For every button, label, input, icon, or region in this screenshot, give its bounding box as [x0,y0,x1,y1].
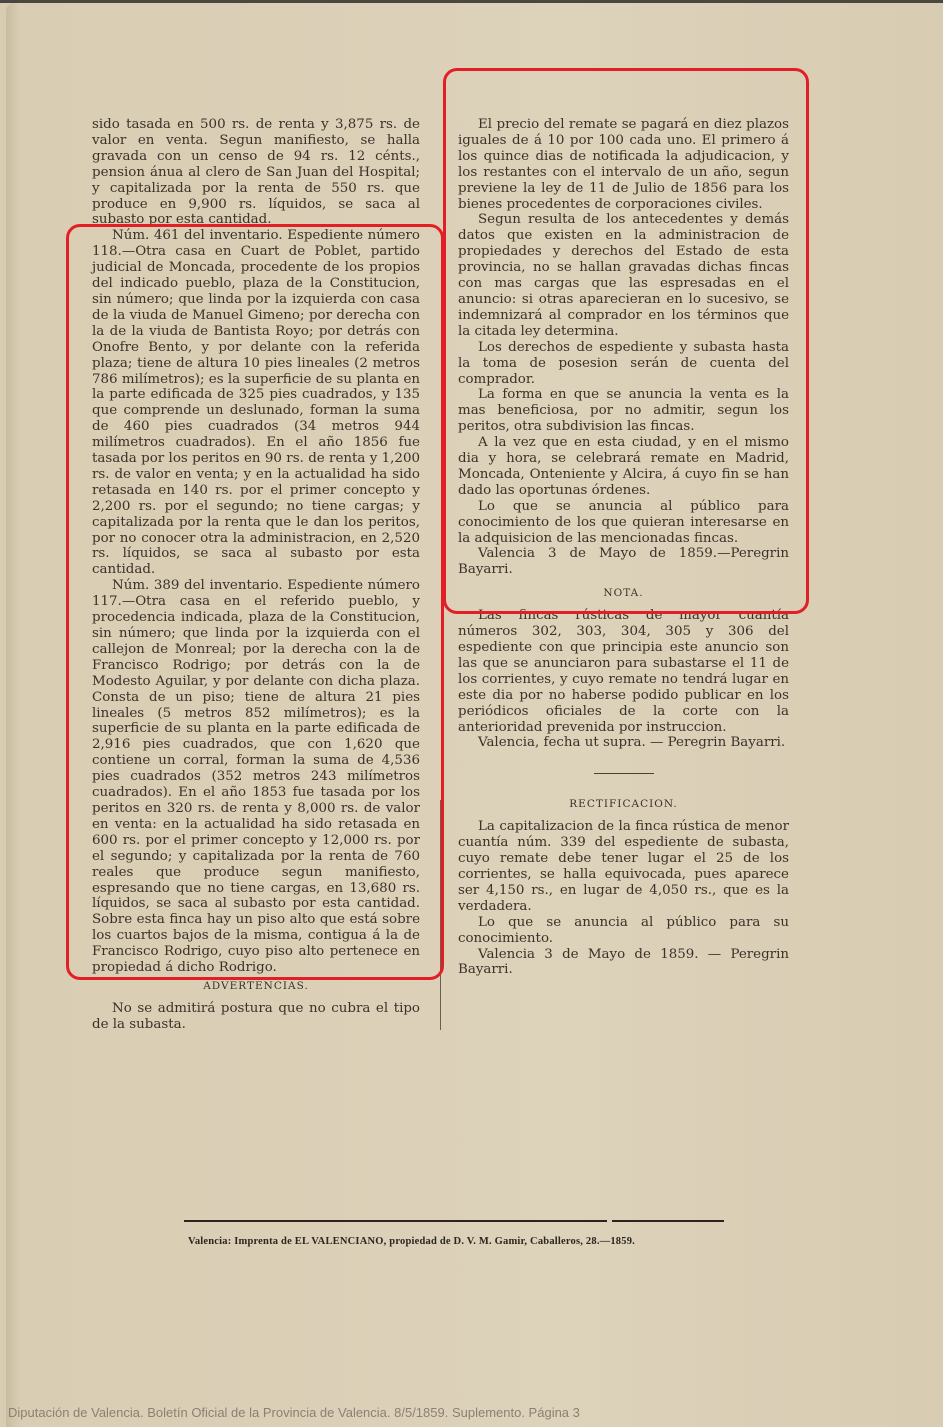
printer-imprint: Valencia: Imprenta de EL VALENCIANO, pro… [188,1236,635,1247]
advertencias-heading: ADVERTENCIAS. [92,979,420,995]
simultaneous-auction-paragraph: A la vez que en esta ciudad, y en el mis… [458,435,789,499]
nota-heading: NOTA. [458,586,789,602]
continuation-paragraph: sido tasada en 500 rs. de renta y 3,875 … [92,117,420,228]
footer-rule-long [184,1220,607,1222]
rectificacion-text: La capitalizacion de la finca rústica de… [458,819,789,914]
archive-caption: Diputación de Valencia. Boletín Oficial … [8,1405,580,1420]
inventory-item-389: Núm. 389 del inventario. Espediente núme… [92,578,420,976]
right-column: El precio del remate se pagará en diez p… [458,117,789,978]
fees-paragraph: Los derechos de espediente y subasta has… [458,340,789,388]
inventory-item-461: Núm. 461 del inventario. Espediente núme… [92,228,420,578]
sale-form-paragraph: La forma en que se anuncia la venta es l… [458,387,789,435]
payment-terms-paragraph: El precio del remate se pagará en diez p… [458,117,789,212]
rectificacion-heading: RECTIFICACION. [458,797,789,813]
encumbrances-paragraph: Segun resulta de los antecedentes y demá… [458,212,789,339]
footer-rule-short [612,1220,724,1222]
rectificacion-notice: Lo que se anuncia al público para su con… [458,915,789,947]
public-notice-paragraph: Lo que se anuncia al público para conoci… [458,499,789,547]
nota-signature: Valencia, fecha ut supra. — Peregrin Bay… [458,735,789,751]
column-rule [440,800,441,1030]
left-column: sido tasada en 500 rs. de renta y 3,875 … [92,117,420,1033]
nota-text: Las fincas rústicas de mayor cuantía núm… [458,608,789,735]
advertencias-text: No se admitirá postura que no cubra el t… [92,1001,420,1033]
signature-2: Valencia 3 de Mayo de 1859. — Peregrin B… [458,947,789,979]
signature-1: Valencia 3 de Mayo de 1859.—Peregrin Bay… [458,546,789,578]
